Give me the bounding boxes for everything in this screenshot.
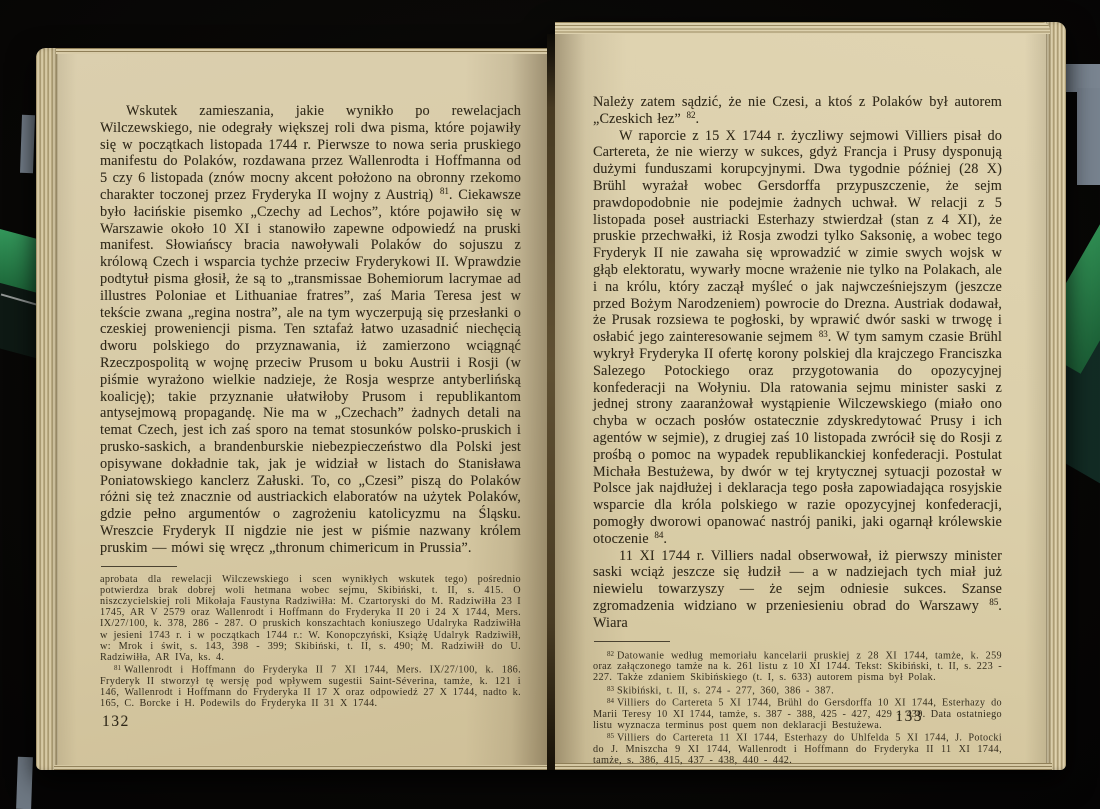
right-page-content: Należy zatem sądzić, że nie Czesi, a kto… bbox=[555, 22, 1066, 770]
footnote-text: Skibiński, t. II, s. 274 - 277, 360, 386… bbox=[617, 685, 834, 696]
background-gray-bar-bottom-left bbox=[16, 757, 33, 809]
background-gray-bar-top-left bbox=[20, 115, 35, 173]
left-page-content: Wskutek zamieszania, jakie wynikło po re… bbox=[36, 48, 547, 770]
paragraph-text: Należy zatem sądzić, że nie Czesi, a kto… bbox=[593, 94, 1002, 127]
open-book-spread: Wskutek zamieszania, jakie wynikło po re… bbox=[36, 22, 1066, 770]
footnote-marker-82: 82 bbox=[607, 650, 614, 658]
page-number-right: 133 bbox=[895, 708, 923, 726]
page-number-left: 132 bbox=[102, 713, 130, 731]
book-gutter bbox=[547, 34, 555, 770]
footnote-rule bbox=[594, 641, 670, 642]
paragraph-text: W raporcie z 15 X 1744 r. życzliwy sejmo… bbox=[593, 128, 1002, 346]
footnote-text: Datowanie według memoriału kancelarii pr… bbox=[593, 650, 1002, 683]
left-page-paragraph: Wskutek zamieszania, jakie wynikło po re… bbox=[100, 103, 521, 557]
footnote-text: Villiers do Cartereta 5 XI 1744, Brühl d… bbox=[593, 698, 1002, 731]
paragraph-text: 11 XI 1744 r. Villiers nadal obserwował,… bbox=[593, 548, 1002, 614]
right-page-paragraph: 11 XI 1744 r. Villiers nadal obserwował,… bbox=[593, 548, 1002, 632]
footnote-rule bbox=[101, 566, 177, 567]
book-photo-scene: Wskutek zamieszania, jakie wynikło po re… bbox=[0, 0, 1100, 809]
footnote-marker-83: 83 bbox=[607, 685, 614, 693]
footnote-marker-85: 85 bbox=[607, 732, 614, 740]
right-page-paragraph: W raporcie z 15 X 1744 r. życzliwy sejmo… bbox=[593, 128, 1002, 548]
footnote-continuation: aprobata dla rewelacji Wilczewskiego i s… bbox=[100, 574, 521, 664]
right-page: Należy zatem sądzić, że nie Czesi, a kto… bbox=[555, 22, 1066, 770]
footnote-85: 85Villiers do Cartereta 11 XI 1744, Este… bbox=[593, 731, 1002, 766]
footnote-marker-81: 81 bbox=[114, 664, 121, 672]
left-page: Wskutek zamieszania, jakie wynikło po re… bbox=[36, 48, 547, 770]
footnote-82: 82Datowanie według memoriału kancelarii … bbox=[593, 649, 1002, 684]
footnote-reference-83: 83 bbox=[819, 329, 828, 339]
paragraph-text: . W tym samym czasie Brühl wykrył Fryder… bbox=[593, 329, 1002, 547]
footnote-84: 84Villiers do Cartereta 5 XI 1744, Brühl… bbox=[593, 696, 1002, 731]
footnote-81: 81Wallenrodt i Hoffmann do Fryderyka II … bbox=[100, 663, 521, 709]
footnote-marker-84: 84 bbox=[607, 697, 614, 705]
paragraph-text: . Ciekawsze było łacińskie pisemko „Czec… bbox=[100, 187, 521, 556]
footnote-text: Wallenrodt i Hoffmann do Fryderyka II 7 … bbox=[100, 665, 521, 710]
background-gray-shape-right bbox=[1077, 88, 1100, 185]
paragraph-text: . bbox=[663, 531, 667, 547]
footnote-reference-81: 81 bbox=[440, 186, 449, 196]
right-page-paragraph: Należy zatem sądzić, że nie Czesi, a kto… bbox=[593, 94, 1002, 128]
footnote-83: 83Skibiński, t. II, s. 274 - 277, 360, 3… bbox=[593, 684, 1002, 697]
footnote-reference-85: 85 bbox=[989, 597, 998, 607]
footnote-text: Villiers do Cartereta 11 XI 1744, Esterh… bbox=[593, 733, 1002, 766]
paragraph-text: . bbox=[695, 111, 699, 127]
